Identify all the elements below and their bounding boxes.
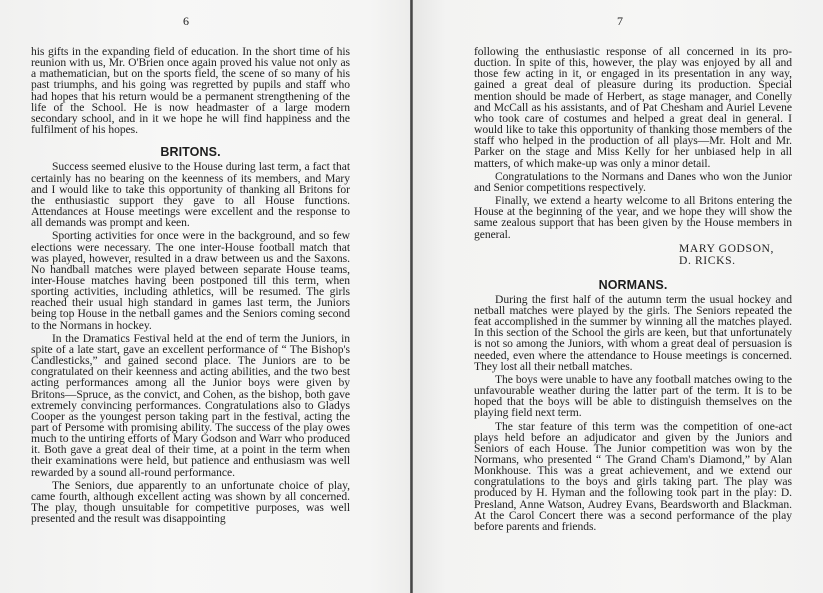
continuation-paragraph: following the enthusiastic response of a… <box>474 46 792 169</box>
right-page: 7 following the enthusiastic response of… <box>413 0 823 593</box>
paragraph: In the Dramatics Festival held at the en… <box>31 333 350 478</box>
paragraph: The boys were unable to have any footbal… <box>474 374 792 419</box>
signature-name: D. RICKS. <box>679 255 792 268</box>
left-page-text: his gifts in the expanding field of educ… <box>31 46 350 524</box>
book-spread: 6 his gifts in the expanding field of ed… <box>0 0 823 593</box>
right-page-text: following the enthusiastic response of a… <box>474 46 792 532</box>
paragraph: Congratulations to the Normans and Danes… <box>474 171 792 193</box>
page-number: 7 <box>610 14 630 29</box>
paragraph: Finally, we extend a hearty welcome to a… <box>474 195 792 240</box>
section-heading-britons: BRITONS. <box>31 147 350 158</box>
page-number: 6 <box>176 14 196 29</box>
paragraph: Sporting activities for once were in the… <box>31 230 350 330</box>
paragraph: The star feature of this term was the co… <box>474 421 792 533</box>
continuation-paragraph: his gifts in the expanding field of educ… <box>31 46 350 135</box>
left-page: 6 his gifts in the expanding field of ed… <box>0 0 411 593</box>
section-heading-normans: NORMANS. <box>474 280 792 291</box>
signature-block: MARY GODSON, D. RICKS. <box>474 243 792 268</box>
paragraph: During the first half of the autumn term… <box>474 294 792 372</box>
paragraph: The Seniors, due apparently to an unfort… <box>31 480 350 525</box>
paragraph: Success seemed elusive to the House duri… <box>31 161 350 228</box>
